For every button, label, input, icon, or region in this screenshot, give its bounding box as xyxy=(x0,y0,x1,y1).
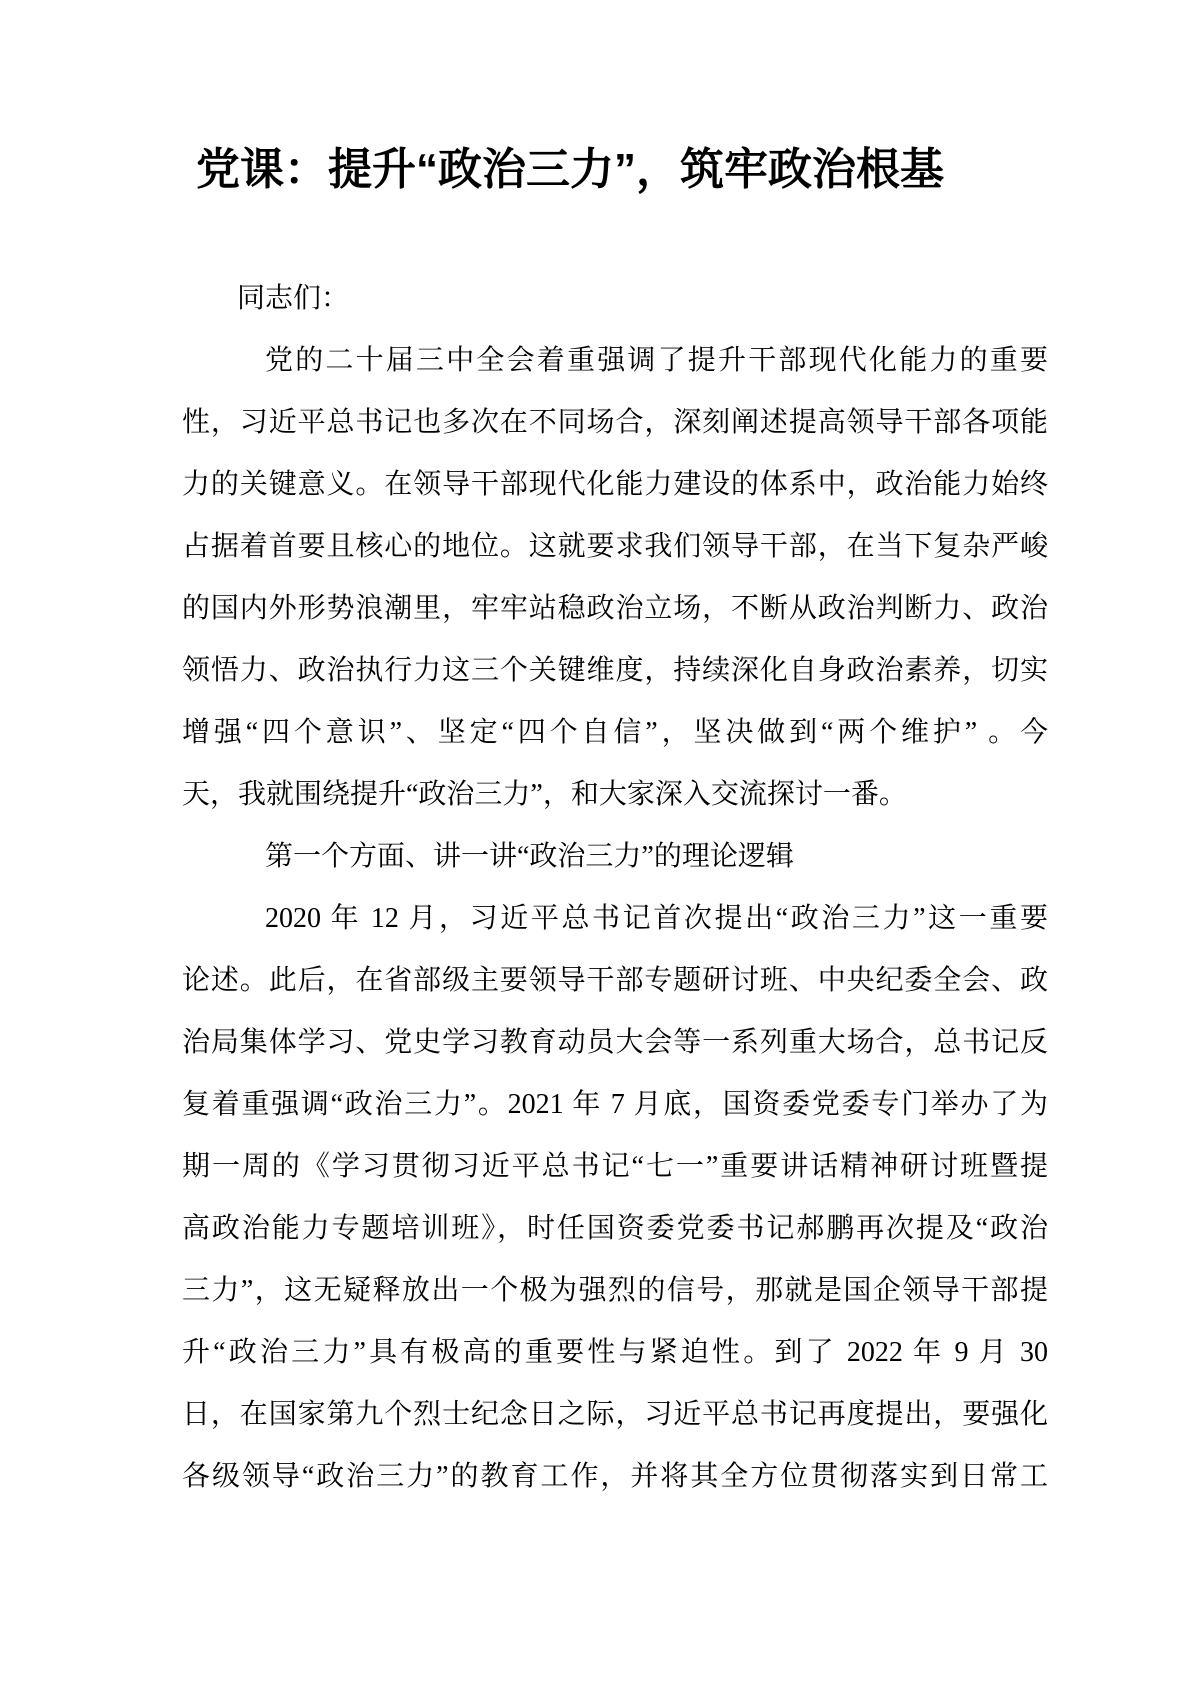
text-line: 增强“四个意识”、坚定“四个自信”，坚决做到“两个维护” 。今 xyxy=(182,702,1048,764)
text-line: 各级领导“政治三力”的教育工作，并将其全方位贯彻落实到日常工 xyxy=(182,1446,1048,1508)
text-line: 日，在国家第九个烈士纪念日之际，习近平总书记再度提出，要强化 xyxy=(182,1384,1048,1446)
text-line: 天，我就围绕提升“政治三力”，和大家深入交流探讨一番。 xyxy=(182,764,1048,826)
document-body: 同志们： 党的二十届三中全会着重强调了提升干部现代化能力的重要 性，习近平总书记… xyxy=(182,268,1048,1508)
text-line: 同志们： xyxy=(182,268,1048,330)
text-line: 性，习近平总书记也多次在不同场合，深刻阐述提高领导干部各项能 xyxy=(182,392,1048,454)
text-line: 高政治能力专题培训班》，时任国资委党委书记郝鹏再次提及“政治 xyxy=(182,1198,1048,1260)
text-line: 党的二十届三中全会着重强调了提升干部现代化能力的重要 xyxy=(182,330,1048,392)
text-line: 期一周的《学习贯彻习近平总书记“七一”重要讲话精神研讨班暨提 xyxy=(182,1136,1048,1198)
document-title: 党课：提升“政治三力”，筑牢政治根基 xyxy=(0,140,1140,200)
text-line: 治局集体学习、党史学习教育动员大会等一系列重大场合，总书记反 xyxy=(182,1012,1048,1074)
text-line: 2020 年 12 月，习近平总书记首次提出“政治三力”这一重要 xyxy=(182,888,1048,950)
text-line: 升“政治三力”具有极高的重要性与紧迫性。到了 2022 年 9 月 30 xyxy=(182,1322,1048,1384)
text-line: 论述。此后，在省部级主要领导干部专题研讨班、中央纪委全会、政 xyxy=(182,950,1048,1012)
document-page: 党课：提升“政治三力”，筑牢政治根基 同志们： 党的二十届三中全会着重强调了提升… xyxy=(0,0,1190,1683)
text-line: 的国内外形势浪潮里，牢牢站稳政治立场，不断从政治判断力、政治 xyxy=(182,578,1048,640)
text-line: 三力”，这无疑释放出一个极为强烈的信号，那就是国企领导干部提 xyxy=(182,1260,1048,1322)
text-line: 复着重强调“政治三力”。2021 年 7 月底，国资委党委专门举办了为 xyxy=(182,1074,1048,1136)
text-line: 领悟力、政治执行力这三个关键维度，持续深化自身政治素养，切实 xyxy=(182,640,1048,702)
text-line: 占据着首要且核心的地位。这就要求我们领导干部，在当下复杂严峻 xyxy=(182,516,1048,578)
section-heading-line: 第一个方面、讲一讲“政治三力”的理论逻辑 xyxy=(182,826,1048,888)
text-line: 力的关键意义。在领导干部现代化能力建设的体系中，政治能力始终 xyxy=(182,454,1048,516)
